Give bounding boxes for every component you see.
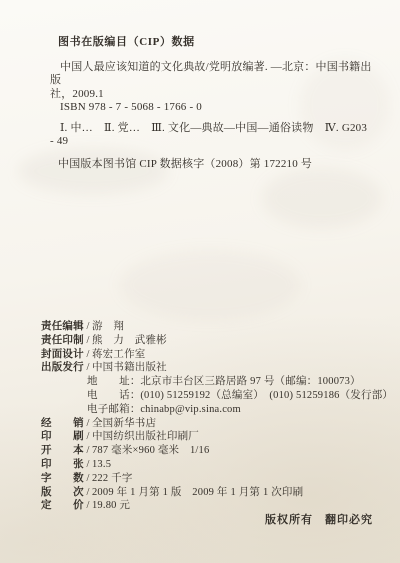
- colophon-row-label: 责任编辑: [41, 320, 84, 334]
- colophon-row: 印 张 / 13.5: [41, 458, 391, 472]
- colophon-row-separator: /: [84, 472, 92, 486]
- colophon-row: 责任编辑 / 游 翔: [41, 320, 391, 334]
- scan-artifact: [262, 168, 382, 228]
- colophon-row-label: 经 销: [41, 417, 84, 431]
- colophon-row-value: 中国书籍出版社: [92, 361, 167, 375]
- colophon-row-value: 北京市丰台区三路居路 97 号（邮编：100073）: [140, 375, 360, 389]
- colophon-row: 电 话 ： (010) 51259192（总编室） (010) 51259186…: [87, 389, 391, 403]
- colophon-row-separator: /: [84, 499, 92, 513]
- colophon-row-separator: /: [84, 417, 92, 431]
- colophon-rows: 责任编辑 / 游 翔 责任印制 / 熊 力 武雅彬 封面设计 / 蒋宏工作室 出…: [41, 320, 391, 513]
- colophon-row-value: 全国新华书店: [92, 417, 156, 431]
- colophon-row-label: 定 价: [41, 499, 84, 513]
- colophon-row-label: 印 刷: [41, 430, 84, 444]
- bibliographic-entry: 中国人最应该知道的文化典故/党明放编著. —北京：中国书籍出版 社，2009.1: [50, 61, 376, 102]
- colophon-row: 电子邮箱 ： chinabp@vip.sina.com: [87, 403, 391, 417]
- colophon-row-value: 蒋宏工作室: [92, 348, 146, 362]
- colophon-row-separator: /: [84, 361, 92, 375]
- colophon-row-separator: /: [84, 430, 92, 444]
- colophon-row-separator: /: [84, 348, 92, 362]
- colophon-row-label: 电子邮箱: [87, 403, 130, 417]
- colophon-row: 封面设计 / 蒋宏工作室: [41, 348, 391, 362]
- scan-artifact: [120, 250, 300, 320]
- colophon-row: 字 数 / 222 千字: [41, 472, 391, 486]
- colophon-row-label: 印 张: [41, 458, 84, 472]
- colophon-row-label: 开 本: [41, 444, 84, 458]
- cip-data-block: 图书在版编目（CIP）数据 中国人最应该知道的文化典故/党明放编著. —北京：中…: [50, 36, 376, 171]
- colophon-row-separator: ：: [130, 375, 141, 389]
- colophon-row: 经 销 / 全国新华书店: [41, 417, 391, 431]
- colophon-row-value: 熊 力 武雅彬: [92, 334, 167, 348]
- colophon-row-label: 出版发行: [41, 361, 84, 375]
- colophon-row-separator: /: [84, 444, 92, 458]
- colophon-row-separator: /: [84, 458, 92, 472]
- colophon-row-value: 2009 年 1 月第 1 版 2009 年 1 月第 1 次印刷: [92, 486, 303, 500]
- colophon-row-label: 电 话: [87, 389, 130, 403]
- colophon-row: 印 刷 / 中国纺织出版社印刷厂: [41, 430, 391, 444]
- colophon-row-label: 地 址: [87, 375, 130, 389]
- colophon-row-value: (010) 51259192（总编室） (010) 51259186（发行部）: [140, 389, 393, 403]
- colophon-row-label: 字 数: [41, 472, 84, 486]
- colophon-row: 地 址 ： 北京市丰台区三路居路 97 号（邮编：100073）: [87, 375, 391, 389]
- colophon-row: 责任印制 / 熊 力 武雅彬: [41, 334, 391, 348]
- colophon-row: 开 本 / 787 毫米×960 毫米 1/16: [41, 444, 391, 458]
- colophon-row: 出版发行 / 中国书籍出版社: [41, 361, 391, 375]
- book-copyright-page: 图书在版编目（CIP）数据 中国人最应该知道的文化典故/党明放编著. —北京：中…: [0, 0, 400, 563]
- colophon-row: 版 次 / 2009 年 1 月第 1 版 2009 年 1 月第 1 次印刷: [41, 486, 391, 500]
- cip-heading: 图书在版编目（CIP）数据: [58, 36, 376, 50]
- colophon-row-separator: /: [84, 334, 92, 348]
- colophon-row-separator: /: [84, 320, 92, 334]
- colophon-row-value: 787 毫米×960 毫米 1/16: [92, 444, 209, 458]
- colophon-row-separator: ：: [130, 389, 141, 403]
- isbn-line: ISBN 978 - 7 - 5068 - 1766 - 0: [50, 101, 376, 115]
- classification-line: Ⅰ. 中… Ⅱ. 党… Ⅲ. 文化—典故—中国—通俗读物 Ⅳ. G203 - 4…: [50, 122, 376, 149]
- colophon-row-label: 责任印制: [41, 334, 84, 348]
- colophon-row-separator: ：: [130, 403, 141, 417]
- colophon-row-label: 版 次: [41, 486, 84, 500]
- colophon-row-value: 19.80 元: [92, 499, 130, 513]
- colophon-row-value: chinabp@vip.sina.com: [140, 403, 241, 417]
- cip-record-number: 中国版本图书馆 CIP 数据核字（2008）第 172210 号: [58, 158, 376, 172]
- colophon-row-value: 222 千字: [92, 472, 133, 486]
- colophon-row-label: 封面设计: [41, 348, 84, 362]
- copyright-notice: 版权所有 翻印必究: [265, 511, 373, 527]
- colophon-row-separator: /: [84, 486, 92, 500]
- colophon-row-value: 13.5: [92, 458, 111, 472]
- colophon-row-value: 游 翔: [92, 320, 124, 334]
- colophon-row-value: 中国纺织出版社印刷厂: [92, 430, 199, 444]
